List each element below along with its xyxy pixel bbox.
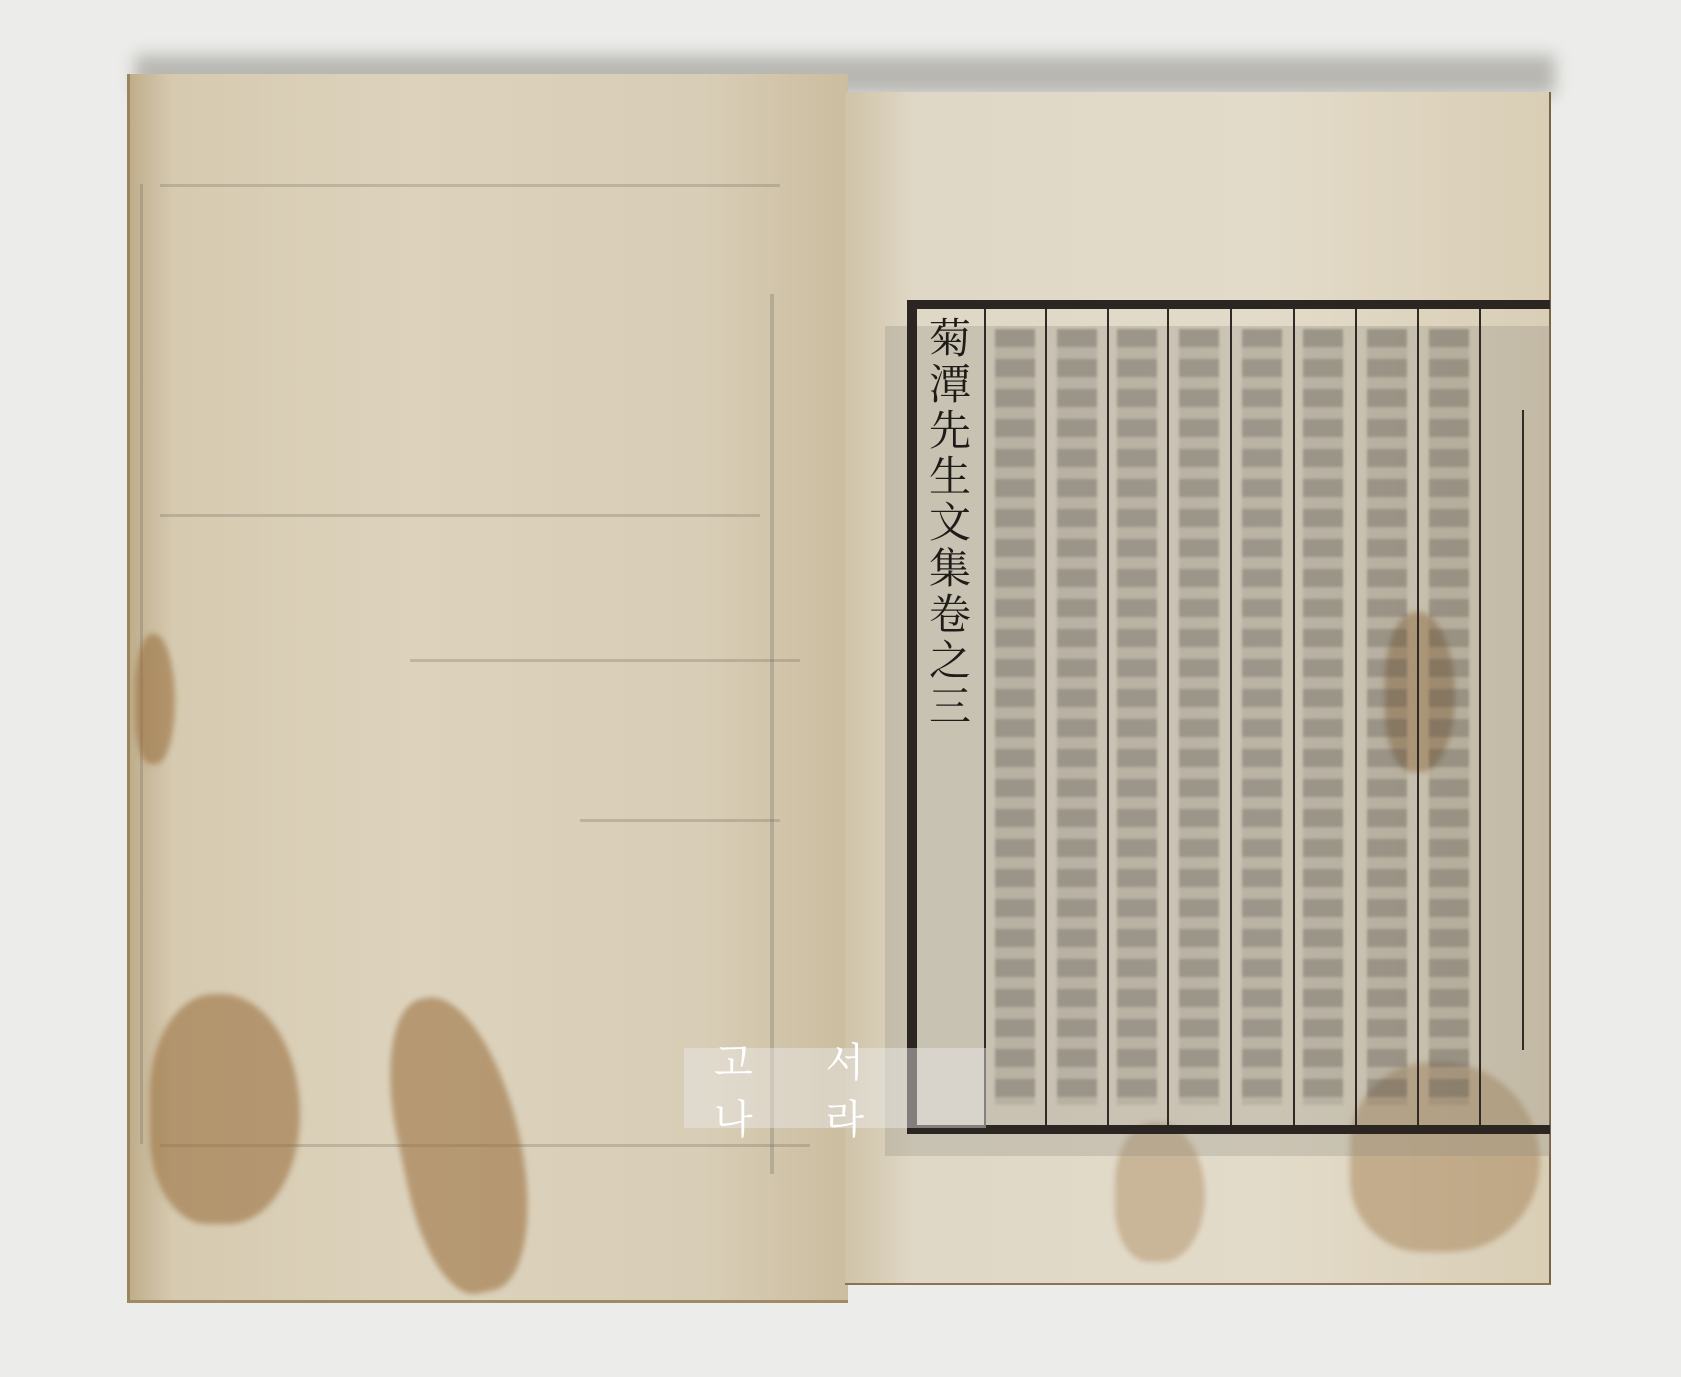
column-rule <box>1417 309 1419 1125</box>
text-column <box>1057 329 1097 1105</box>
bleed-through-line <box>580 819 780 822</box>
fold-margin <box>1522 410 1552 1050</box>
column-rule <box>1479 309 1481 1125</box>
bleed-through-line <box>160 514 760 517</box>
column-rule <box>1167 309 1169 1125</box>
column-rule <box>1230 309 1232 1125</box>
column-rule <box>984 309 986 1125</box>
text-column <box>1242 329 1282 1105</box>
book-title: 菊潭先生文集卷之三 <box>921 316 973 730</box>
column-rule <box>1107 309 1109 1125</box>
bleed-through-line <box>160 184 780 187</box>
water-stain <box>135 634 175 764</box>
water-stain <box>150 994 300 1224</box>
text-column <box>1303 329 1343 1105</box>
text-frame <box>907 300 1550 1134</box>
column-rule <box>1045 309 1047 1125</box>
text-column <box>1179 329 1219 1105</box>
column-rule <box>1293 309 1295 1125</box>
text-column <box>1117 329 1157 1105</box>
text-column <box>1429 329 1469 1105</box>
column-rule <box>1355 309 1357 1125</box>
watermark: 고 서 나 라 <box>684 1048 986 1128</box>
text-column <box>995 329 1035 1105</box>
watermark-text: 고 서 나 라 <box>684 1031 986 1145</box>
bleed-through-line <box>410 659 800 662</box>
text-column <box>1367 329 1407 1105</box>
